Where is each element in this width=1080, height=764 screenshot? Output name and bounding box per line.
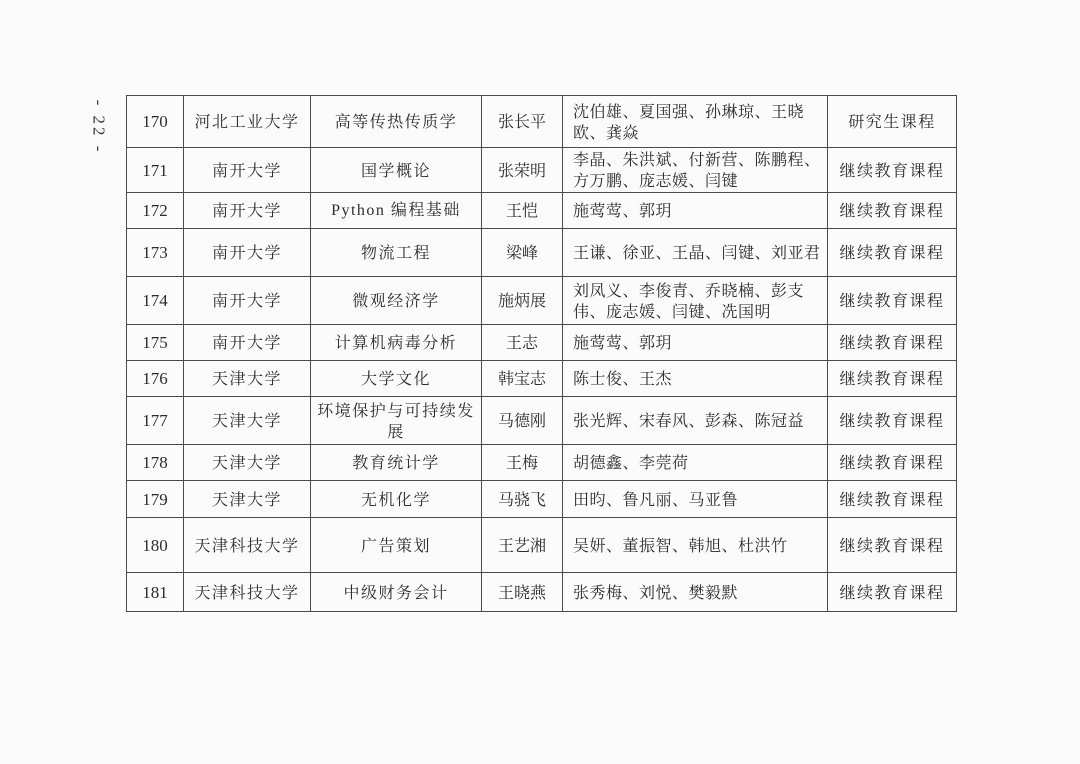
table-row-180: 180 天津科技大学 广告策划 王艺湘 吴妍、董振智、韩旭、杜洪竹 继续教育课程 (127, 518, 957, 573)
school-name: 南开大学 (184, 229, 311, 277)
course-type: 继续教育课程 (828, 325, 957, 361)
course-type: 继续教育课程 (828, 481, 957, 518)
course-name: 高等传热传质学 (311, 96, 482, 148)
table-row-176: 176 天津大学 大学文化 韩宝志 陈士俊、王杰 继续教育课程 (127, 361, 957, 397)
row-number: 170 (127, 96, 184, 148)
team-members: 沈伯雄、夏国强、孙琳琼、王晓欧、龚焱 (563, 96, 828, 148)
team-members: 张秀梅、刘悦、樊毅默 (563, 573, 828, 612)
team-members: 吴妍、董振智、韩旭、杜洪竹 (563, 518, 828, 573)
row-number: 176 (127, 361, 184, 397)
row-number: 181 (127, 573, 184, 612)
school-name: 天津大学 (184, 361, 311, 397)
table-row-181: 181 天津科技大学 中级财务会计 王晓燕 张秀梅、刘悦、樊毅默 继续教育课程 (127, 573, 957, 612)
team-members: 陈士俊、王杰 (563, 361, 828, 397)
school-name: 天津大学 (184, 481, 311, 518)
course-name: 国学概论 (311, 148, 482, 193)
team-members: 田昀、鲁凡丽、马亚鲁 (563, 481, 828, 518)
course-leader: 王晓燕 (482, 573, 563, 612)
course-name: 环境保护与可持续发展 (311, 397, 482, 445)
course-name: 大学文化 (311, 361, 482, 397)
school-name: 南开大学 (184, 325, 311, 361)
school-name: 天津大学 (184, 397, 311, 445)
team-members: 刘凤义、李俊青、乔晓楠、彭支伟、庞志媛、闫键、冼国明 (563, 277, 828, 325)
course-leader: 张荣明 (482, 148, 563, 193)
school-name: 南开大学 (184, 277, 311, 325)
course-name: 计算机病毒分析 (311, 325, 482, 361)
course-type: 继续教育课程 (828, 229, 957, 277)
team-members: 王谦、徐亚、王晶、闫键、刘亚君 (563, 229, 828, 277)
row-number: 179 (127, 481, 184, 518)
course-type: 继续教育课程 (828, 445, 957, 481)
course-type: 继续教育课程 (828, 148, 957, 193)
course-leader: 王梅 (482, 445, 563, 481)
table-row-174: 174 南开大学 微观经济学 施炳展 刘凤义、李俊青、乔晓楠、彭支伟、庞志媛、闫… (127, 277, 957, 325)
course-type: 继续教育课程 (828, 193, 957, 229)
table-row-178: 178 天津大学 教育统计学 王梅 胡德鑫、李莞荷 继续教育课程 (127, 445, 957, 481)
school-name: 天津科技大学 (184, 573, 311, 612)
course-name: 教育统计学 (311, 445, 482, 481)
course-table: 170 河北工业大学 高等传热传质学 张长平 沈伯雄、夏国强、孙琳琼、王晓欧、龚… (126, 95, 957, 612)
table-row-173: 173 南开大学 物流工程 梁峰 王谦、徐亚、王晶、闫键、刘亚君 继续教育课程 (127, 229, 957, 277)
course-leader: 王艺湘 (482, 518, 563, 573)
course-type: 研究生课程 (828, 96, 957, 148)
row-number: 180 (127, 518, 184, 573)
course-leader: 马德刚 (482, 397, 563, 445)
page-number: - 22 - (86, 92, 110, 162)
course-leader: 韩宝志 (482, 361, 563, 397)
table-row-170: 170 河北工业大学 高等传热传质学 张长平 沈伯雄、夏国强、孙琳琼、王晓欧、龚… (127, 96, 957, 148)
course-type: 继续教育课程 (828, 573, 957, 612)
course-leader: 王志 (482, 325, 563, 361)
table-row-177: 177 天津大学 环境保护与可持续发展 马德刚 张光辉、宋春风、彭森、陈冠益 继… (127, 397, 957, 445)
page-number-label: - 22 - (88, 100, 108, 155)
team-members: 胡德鑫、李莞荷 (563, 445, 828, 481)
row-number: 175 (127, 325, 184, 361)
table-row-179: 179 天津大学 无机化学 马骁飞 田昀、鲁凡丽、马亚鲁 继续教育课程 (127, 481, 957, 518)
table-row-171: 171 南开大学 国学概论 张荣明 李晶、朱洪斌、付新营、陈鹏程、方万鹏、庞志媛… (127, 148, 957, 193)
course-name: 物流工程 (311, 229, 482, 277)
school-name: 河北工业大学 (184, 96, 311, 148)
row-number: 171 (127, 148, 184, 193)
course-name: Python 编程基础 (311, 193, 482, 229)
team-members: 李晶、朱洪斌、付新营、陈鹏程、方万鹏、庞志媛、闫键 (563, 148, 828, 193)
course-table-body: 170 河北工业大学 高等传热传质学 张长平 沈伯雄、夏国强、孙琳琼、王晓欧、龚… (127, 96, 957, 612)
course-type: 继续教育课程 (828, 361, 957, 397)
row-number: 172 (127, 193, 184, 229)
course-type: 继续教育课程 (828, 277, 957, 325)
table-row-172: 172 南开大学 Python 编程基础 王恺 施莺莺、郭玥 继续教育课程 (127, 193, 957, 229)
course-type: 继续教育课程 (828, 397, 957, 445)
row-number: 174 (127, 277, 184, 325)
course-leader: 王恺 (482, 193, 563, 229)
school-name: 南开大学 (184, 193, 311, 229)
course-leader: 张长平 (482, 96, 563, 148)
course-name: 广告策划 (311, 518, 482, 573)
school-name: 天津大学 (184, 445, 311, 481)
table-row-175: 175 南开大学 计算机病毒分析 王志 施莺莺、郭玥 继续教育课程 (127, 325, 957, 361)
course-name: 中级财务会计 (311, 573, 482, 612)
course-type: 继续教育课程 (828, 518, 957, 573)
school-name: 天津科技大学 (184, 518, 311, 573)
course-leader: 施炳展 (482, 277, 563, 325)
team-members: 施莺莺、郭玥 (563, 325, 828, 361)
row-number: 177 (127, 397, 184, 445)
course-leader: 梁峰 (482, 229, 563, 277)
team-members: 张光辉、宋春风、彭森、陈冠益 (563, 397, 828, 445)
team-members: 施莺莺、郭玥 (563, 193, 828, 229)
row-number: 173 (127, 229, 184, 277)
row-number: 178 (127, 445, 184, 481)
course-leader: 马骁飞 (482, 481, 563, 518)
school-name: 南开大学 (184, 148, 311, 193)
course-name: 无机化学 (311, 481, 482, 518)
course-name: 微观经济学 (311, 277, 482, 325)
